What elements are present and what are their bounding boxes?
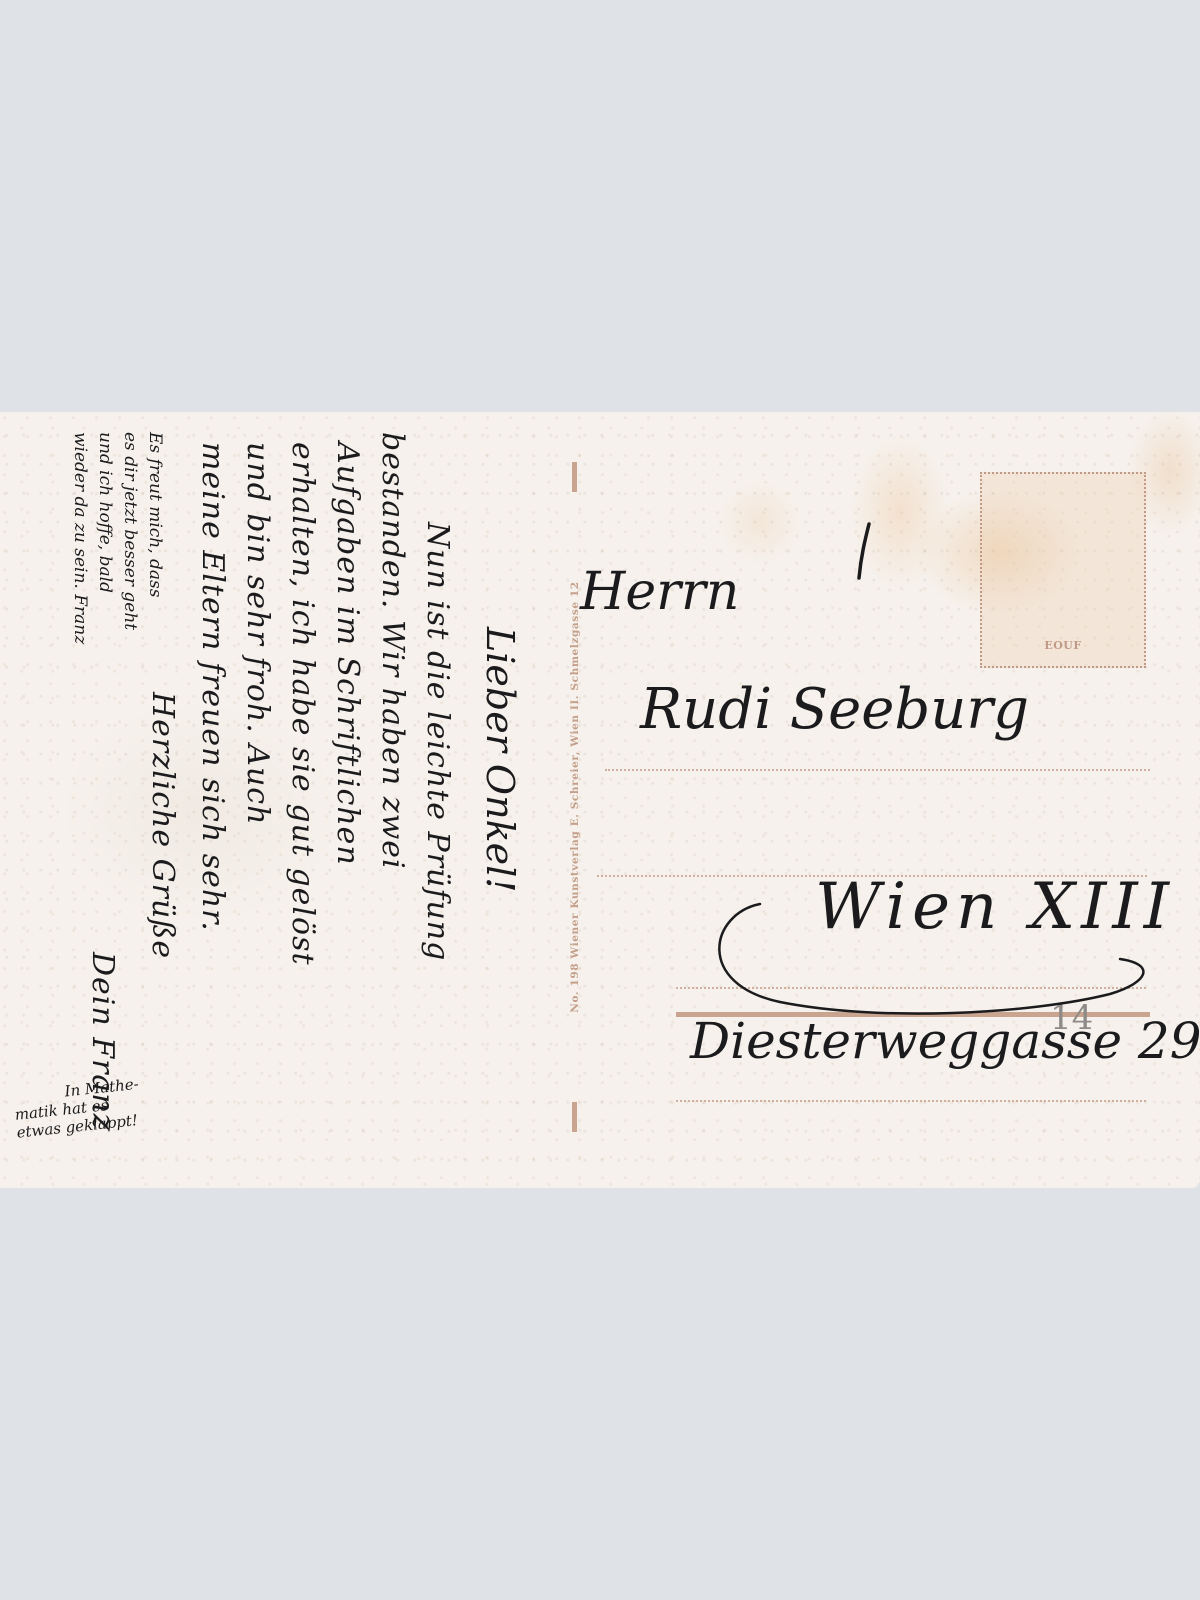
pen-stroke-mark [855,522,875,582]
address-name: Rudi Seeburg [640,677,1029,742]
side-note-line: wieder da zu sein. Franz [70,432,90,644]
postcard-back: Lieber Onkel! Nun ist die leichte Prüfun… [0,412,1200,1188]
address-line-1 [605,769,1150,771]
message-line: Nun ist die leichte Prüfung [420,522,455,961]
message-line: und bin sehr froh. Auch [240,442,275,825]
message-area: Lieber Onkel! Nun ist die leichte Prüfun… [0,412,560,1188]
divider-bar-top [572,462,577,492]
message-line: Aufgaben im Schriftlichen [330,442,365,866]
message-line: bestanden. Wir haben zwei [375,432,410,870]
message-rotated-block: Lieber Onkel! Nun ist die leichte Prüfun… [0,412,560,1188]
side-note-line: es dir jetzt besser geht [120,432,140,630]
message-greeting: Lieber Onkel! [478,627,522,893]
address-street: Diesterweggasse 29 [690,1012,1200,1070]
stamp-box-label: EOUF [982,639,1144,652]
address-line-4 [676,1100,1146,1102]
message-line: meine Eltern freuen sich sehr. [195,442,230,932]
message-line: Herzliche Grüße [145,692,180,959]
side-note-line: und ich hoffe, bald [95,432,115,593]
stamp-box: EOUF [980,472,1146,668]
message-line: erhalten, ich habe sie gut gelöst [285,442,320,966]
imprint-text: No. 198 Wiener Kunstverlag E. Schreier, … [569,581,581,1012]
address-title: Herrn [580,562,739,622]
address-city: Wien XIII [815,870,1175,944]
divider-bar-bottom [572,1102,577,1132]
side-note-line: Es freut mich, dass [145,432,165,598]
